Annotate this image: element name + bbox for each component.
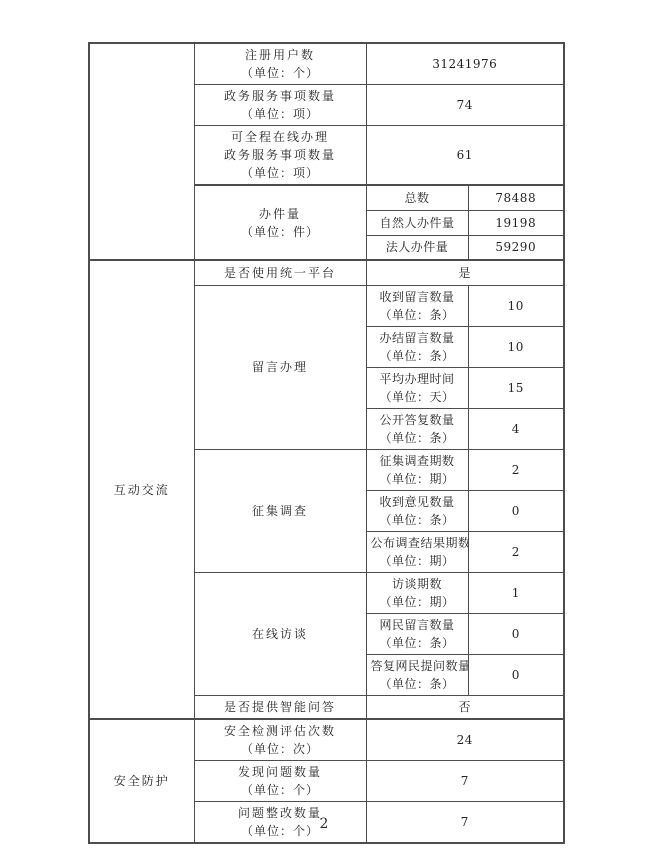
subitem-cell-results-published: 公布调查结果期数 （单位：期） <box>366 531 468 572</box>
value-cell-full-online-items: 61 <box>366 126 564 186</box>
item-label: 发现问题数量 <box>199 763 362 781</box>
subitem-label: 收到留言数量 <box>371 288 464 306</box>
value-cell-messages-received: 10 <box>468 285 564 326</box>
item-label: 是否使用统一平台 <box>199 264 362 282</box>
item-cell-unified-platform: 是否使用统一平台 <box>194 260 366 285</box>
value-cell-interview-periods: 1 <box>468 572 564 613</box>
value-cell-opinions-received: 0 <box>468 490 564 531</box>
subitem-unit: （单位：期） <box>371 552 464 570</box>
value-cell-questions-answered: 0 <box>468 654 564 695</box>
value-cell-average-time: 15 <box>468 367 564 408</box>
category-cell-interaction: 互动交流 <box>89 260 194 719</box>
item-label: 在线访谈 <box>199 625 362 643</box>
subitem-label: 法人办件量 <box>371 238 464 256</box>
subitem-label: 收到意见数量 <box>371 493 464 511</box>
subitem-cell-opinions-received: 收到意见数量 （单位：条） <box>366 490 468 531</box>
subitem-cell-messages-received: 收到留言数量 （单位：条） <box>366 285 468 326</box>
subitem-unit: （单位：期） <box>371 470 464 488</box>
item-unit: （单位：项） <box>199 105 362 123</box>
item-label: 留言办理 <box>199 358 362 376</box>
value-cell-problems-found: 7 <box>366 761 564 802</box>
value-cell-smart-qa: 否 <box>366 695 564 719</box>
subitem-label: 网民留言数量 <box>371 616 464 634</box>
item-cell-online-interview: 在线访谈 <box>194 572 366 695</box>
subitem-cell-netizen-messages: 网民留言数量 （单位：条） <box>366 613 468 654</box>
subitem-label: 自然人办件量 <box>371 214 464 232</box>
item-label: 是否提供智能问答 <box>199 698 362 716</box>
subitem-label: 访谈期数 <box>371 575 464 593</box>
item-cell-smart-qa: 是否提供智能问答 <box>194 695 366 719</box>
subitem-unit: （单位：条） <box>371 511 464 529</box>
subitem-label: 征集调查期数 <box>371 452 464 470</box>
value-cell-unified-platform: 是 <box>366 260 564 285</box>
subitem-label: 公布调查结果期数 <box>371 534 464 552</box>
subitem-label: 总数 <box>371 189 464 207</box>
value-cell-messages-completed: 10 <box>468 326 564 367</box>
value-cell-natural-person: 19198 <box>468 210 564 235</box>
item-cell-security-assessment: 安全检测评估次数 （单位：次） <box>194 719 366 761</box>
item-label-line2: 政务服务事项数量 <box>199 146 362 164</box>
item-cell-registered-users: 注册用户数 （单位：个） <box>194 43 366 85</box>
subitem-unit: （单位：条） <box>371 675 464 693</box>
value-cell-survey-periods: 2 <box>468 449 564 490</box>
subitem-unit: （单位：期） <box>371 593 464 611</box>
category-label: 互动交流 <box>94 481 190 499</box>
table-row: 注册用户数 （单位：个） 31241976 <box>89 43 564 85</box>
subitem-unit: （单位：条） <box>371 347 464 365</box>
subitem-label: 公开答复数量 <box>371 411 464 429</box>
subitem-cell-messages-completed: 办结留言数量 （单位：条） <box>366 326 468 367</box>
item-cell-survey-collection: 征集调查 <box>194 449 366 572</box>
subitem-unit: （单位：条） <box>371 306 464 324</box>
subitem-cell-survey-periods: 征集调查期数 （单位：期） <box>366 449 468 490</box>
subitem-cell-public-replies: 公开答复数量 （单位：条） <box>366 408 468 449</box>
item-cell-problems-found: 发现问题数量 （单位：个） <box>194 761 366 802</box>
item-unit: （单位：项） <box>199 164 362 182</box>
subitem-cell-interview-periods: 访谈期数 （单位：期） <box>366 572 468 613</box>
item-label: 征集调查 <box>199 502 362 520</box>
subitem-unit: （单位：条） <box>371 429 464 447</box>
item-label: 安全检测评估次数 <box>199 722 362 740</box>
item-cell-service-items: 政务服务事项数量 （单位：项） <box>194 85 366 126</box>
subitem-cell-average-time: 平均办理时间 （单位：天） <box>366 367 468 408</box>
table-row: 安全防护 安全检测评估次数 （单位：次） 24 <box>89 719 564 761</box>
item-unit: （单位：次） <box>199 740 362 758</box>
table-row: 互动交流 是否使用统一平台 是 <box>89 260 564 285</box>
subitem-cell-natural-person: 自然人办件量 <box>366 210 468 235</box>
item-label: 办件量 <box>199 205 362 223</box>
value-cell-total: 78488 <box>468 185 564 210</box>
value-cell-public-replies: 4 <box>468 408 564 449</box>
page-number: 2 <box>0 816 648 832</box>
subitem-label: 答复网民提问数量 <box>371 657 464 675</box>
item-cell-message-handling: 留言办理 <box>194 285 366 449</box>
subitem-cell-legal-person: 法人办件量 <box>366 235 468 260</box>
value-cell-service-items: 74 <box>366 85 564 126</box>
item-cell-case-volume: 办件量 （单位：件） <box>194 185 366 260</box>
document-page: 注册用户数 （单位：个） 31241976 政务服务事项数量 （单位：项） 74… <box>0 0 648 848</box>
subitem-unit: （单位：条） <box>371 634 464 652</box>
subitem-cell-questions-answered: 答复网民提问数量 （单位：条） <box>366 654 468 695</box>
subitem-cell-total: 总数 <box>366 185 468 210</box>
category-label: 安全防护 <box>94 772 190 790</box>
subitem-label: 平均办理时间 <box>371 370 464 388</box>
value-cell-netizen-messages: 0 <box>468 613 564 654</box>
item-label-line1: 可全程在线办理 <box>199 128 362 146</box>
value-cell-security-assessment: 24 <box>366 719 564 761</box>
value-cell-registered-users: 31241976 <box>366 43 564 85</box>
item-unit: （单位：个） <box>199 64 362 82</box>
item-unit: （单位：个） <box>199 781 362 799</box>
category-cell-continued <box>89 43 194 260</box>
item-label: 注册用户数 <box>199 46 362 64</box>
statistics-table: 注册用户数 （单位：个） 31241976 政务服务事项数量 （单位：项） 74… <box>88 42 565 844</box>
item-label: 政务服务事项数量 <box>199 87 362 105</box>
item-unit: （单位：件） <box>199 223 362 241</box>
subitem-unit: （单位：天） <box>371 388 464 406</box>
subitem-label: 办结留言数量 <box>371 329 464 347</box>
item-cell-full-online-items: 可全程在线办理 政务服务事项数量 （单位：项） <box>194 126 366 186</box>
value-cell-results-published: 2 <box>468 531 564 572</box>
value-cell-legal-person: 59290 <box>468 235 564 260</box>
